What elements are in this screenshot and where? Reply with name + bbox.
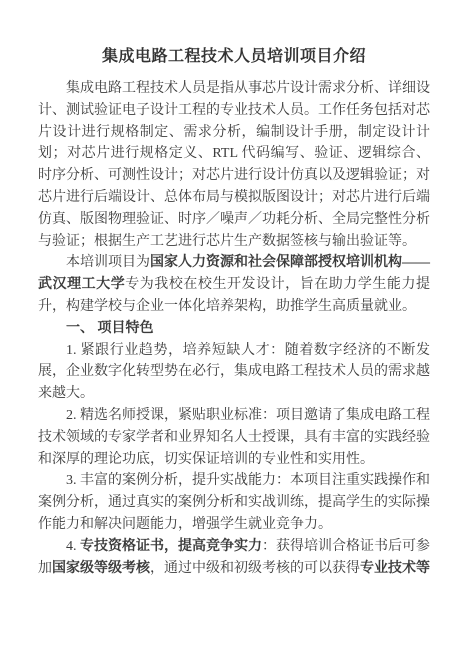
paragraph-authorization: 本培训项目为国家人力资源和社会保障部授权培训机构——武汉理工大学专为我校在校生开… xyxy=(38,252,430,317)
paragraph-intro: 集成电路工程技术人员是指从事芯片设计需求分析、详细设计、测试验证电子设计工程的专… xyxy=(38,78,430,252)
feature-item-1: 1. 紧跟行业趋势，培养短缺人才：随着数字经济的不断发展，企业数字化转型势在必行… xyxy=(38,340,430,405)
text-run: 1. 紧跟行业趋势，培养短缺人才：随着数字经济的不断发展，企业数字化转型势在必行… xyxy=(38,343,430,402)
text-run: 3. 丰富的案例分析，提升实战能力：本项目注重实践操作和案例分析，通过真实的案例… xyxy=(38,473,430,532)
text-run: 2. 精选名师授课，紧贴职业标准：项目邀请了集成电路工程技术领域的专家学者和业界… xyxy=(38,408,430,467)
document-title: 集成电路工程技术人员培训项目介绍 xyxy=(38,46,430,68)
feature-item-2: 2. 精选名师授课，紧贴职业标准：项目邀请了集成电路工程技术领域的专家学者和业界… xyxy=(38,405,430,470)
feature-item-3: 3. 丰富的案例分析，提升实战能力：本项目注重实践操作和案例分析，通过真实的案例… xyxy=(38,470,430,535)
text-run-bold: 一、 项目特色 xyxy=(66,321,154,336)
text-run-bold: 专业技术等 xyxy=(360,561,430,576)
text-run-bold: 专技资格证书，提高竞争实力 xyxy=(80,539,262,554)
section-heading-project-features: 一、 项目特色 xyxy=(38,318,430,340)
text-run: 本培训项目为 xyxy=(66,255,150,270)
text-run: ，通过中级和初级考核的可以获得 xyxy=(150,561,360,576)
feature-item-4: 4. 专技资格证书，提高竞争实力：获得培训合格证书后可参加国家级等级考核，通过中… xyxy=(38,536,430,580)
document-page: 集成电路工程技术人员培训项目介绍 集成电路工程技术人员是指从事芯片设计需求分析、… xyxy=(0,0,467,659)
text-run-bold: 国家级等级考核 xyxy=(52,561,150,576)
text-run: 集成电路工程技术人员是指从事芯片设计需求分析、详细设计、测试验证电子设计工程的专… xyxy=(38,81,430,249)
text-run: 4. xyxy=(66,539,80,554)
